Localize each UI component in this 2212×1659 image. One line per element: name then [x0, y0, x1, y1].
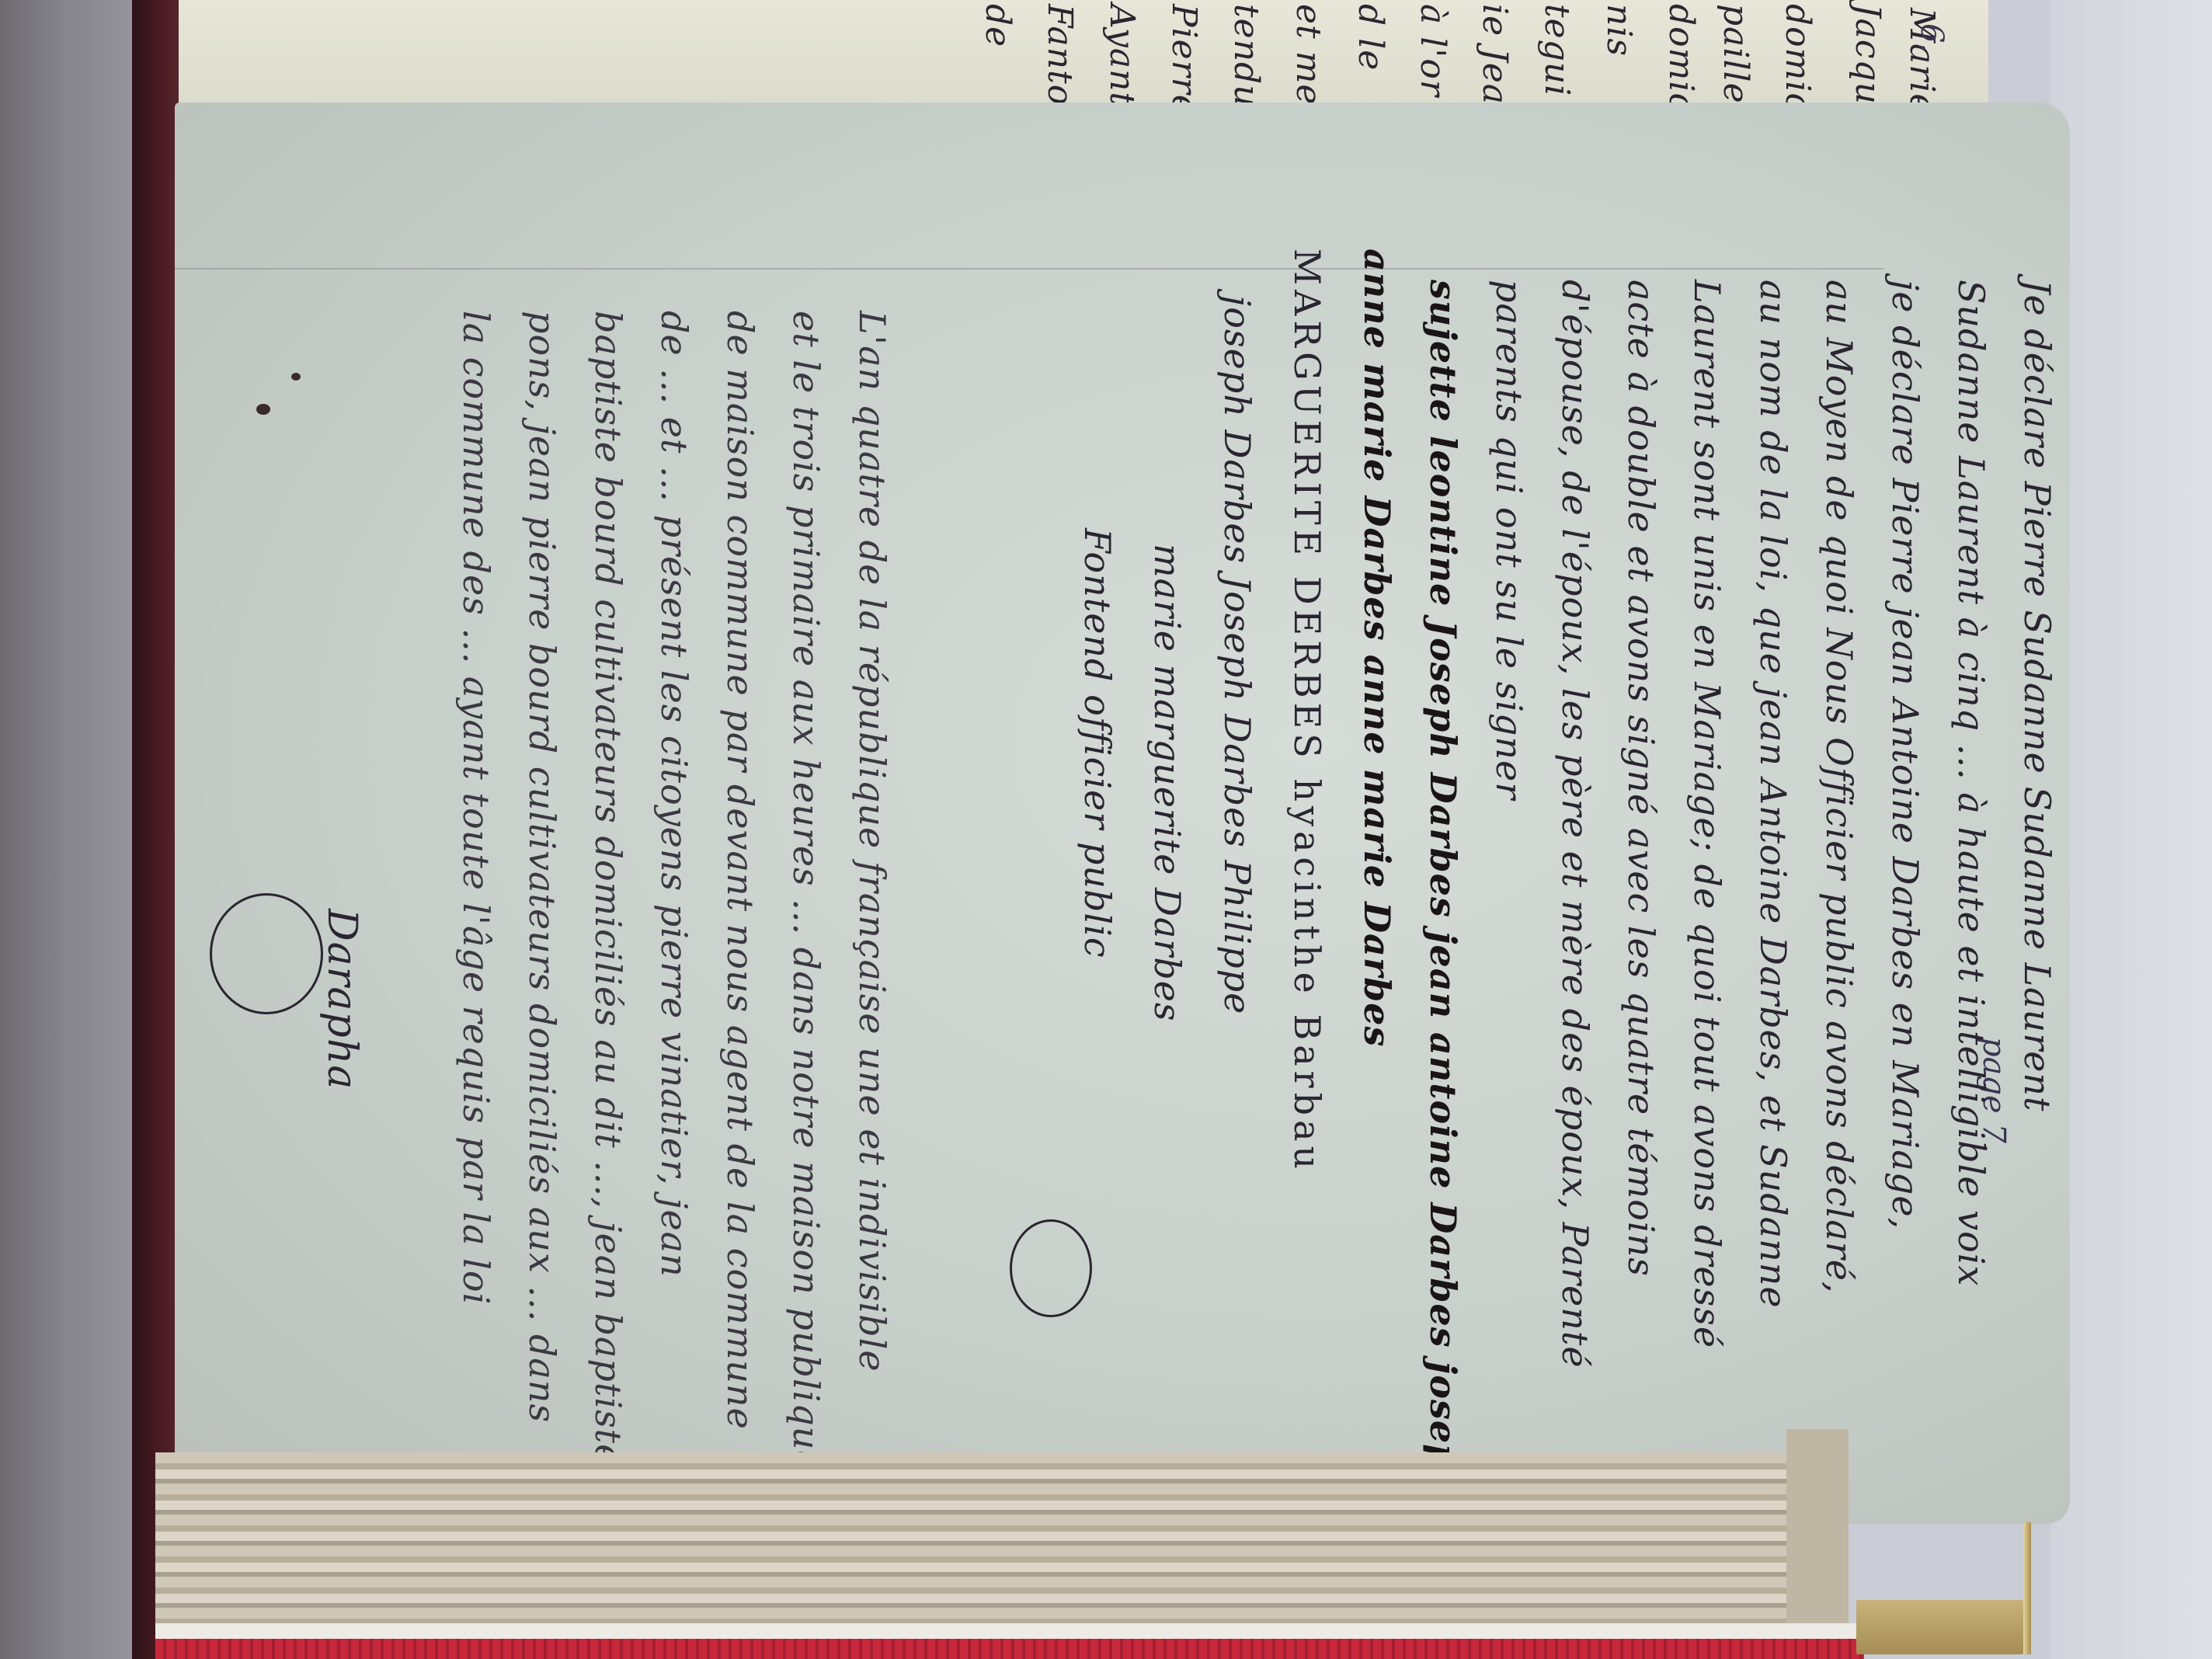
manuscript-line: et le trois primaire aux heures ... dans… [785, 311, 827, 1473]
gold-corner-edge [2023, 1522, 2031, 1654]
ruled-margin-line [175, 268, 1883, 270]
red-cover [155, 1639, 1864, 1659]
signature-line: Fontend officier public [1076, 528, 1118, 958]
manuscript-line: Laurent sont unis en Mariage; de quoi to… [1686, 280, 1728, 1348]
signature: Darapha [318, 909, 365, 1090]
manuscript-line: d'épouse, de l'époux, les père et mère d… [1554, 280, 1596, 1369]
manuscript-line: Sudanne Laurent à cinq ... à haute et in… [1950, 280, 1992, 1286]
facing-fragment: tendu [1226, 4, 1266, 108]
manuscript-line: je déclare Pierre jean Antoine Darbes en… [1884, 280, 1926, 1229]
facing-fragment: Pierre [1164, 4, 1204, 116]
signature-line: marie marguerite Darbes [1146, 544, 1188, 1022]
manuscript-line: parents qui ont su le signer [1488, 280, 1530, 800]
facing-fragment: d le [1351, 4, 1390, 71]
endpaper [155, 1623, 1872, 1640]
manuscript-line: acte à double et avons signé avec les qu… [1620, 280, 1662, 1277]
manuscript-line: au Moyen de quoi Nous Officier public av… [1818, 280, 1860, 1294]
facing-fragment: tegui [1537, 4, 1577, 96]
gold-corner-protector [1856, 1600, 2023, 1654]
manuscript-line: L'an quatre de la république française u… [851, 311, 893, 1372]
facing-fragment: Jacqu [1848, 4, 1887, 105]
manuscript-line: de maison commune par devant nous agent … [719, 311, 761, 1430]
manuscript-line: Je déclare Pierre Sudanne Sudanne Lauren… [2016, 280, 2058, 1112]
facing-fragment: nis [1599, 4, 1639, 57]
signature-line: joseph Darbes Joseph Darbes Philippe [1216, 295, 1258, 1014]
facing-fragment: à l'or [1413, 4, 1452, 97]
facing-page-number: 6. [1914, 23, 1949, 53]
facing-fragment: Ayant [1102, 4, 1142, 106]
ink-blot [291, 373, 301, 381]
signature-line: MARGUERITE DERBES hyacinthe Barbau [1286, 249, 1328, 1174]
manuscript-line: baptiste bourd cultivateurs domiciliés a… [587, 311, 629, 1466]
signature-line: anne marie Darbes anne marie Darbes [1356, 249, 1398, 1047]
signature-flourish [1010, 1219, 1092, 1317]
page-edges-corner [1786, 1429, 1849, 1639]
manuscript-line: au nom de la loi, que jean Antoine Darbe… [1752, 280, 1794, 1309]
facing-page: Marie Jacqu domicili pailles domicili ni… [179, 0, 1988, 107]
manuscript-line: la commune des ... ayant toute l'âge req… [455, 311, 497, 1305]
signature-flourish [210, 893, 323, 1014]
signature-line: sujette leontine Joseph Darbes jean anto… [1422, 280, 1464, 1655]
manuscript-line: pons, jean pierre bourd cultivateurs dom… [521, 311, 563, 1423]
page-edges [155, 1452, 1849, 1643]
manuscript-line: de ... et ... présent les citoyens pierr… [653, 311, 695, 1278]
ink-blot [256, 404, 270, 415]
facing-fragment: de [978, 4, 1017, 47]
background-right [2050, 0, 2212, 1659]
